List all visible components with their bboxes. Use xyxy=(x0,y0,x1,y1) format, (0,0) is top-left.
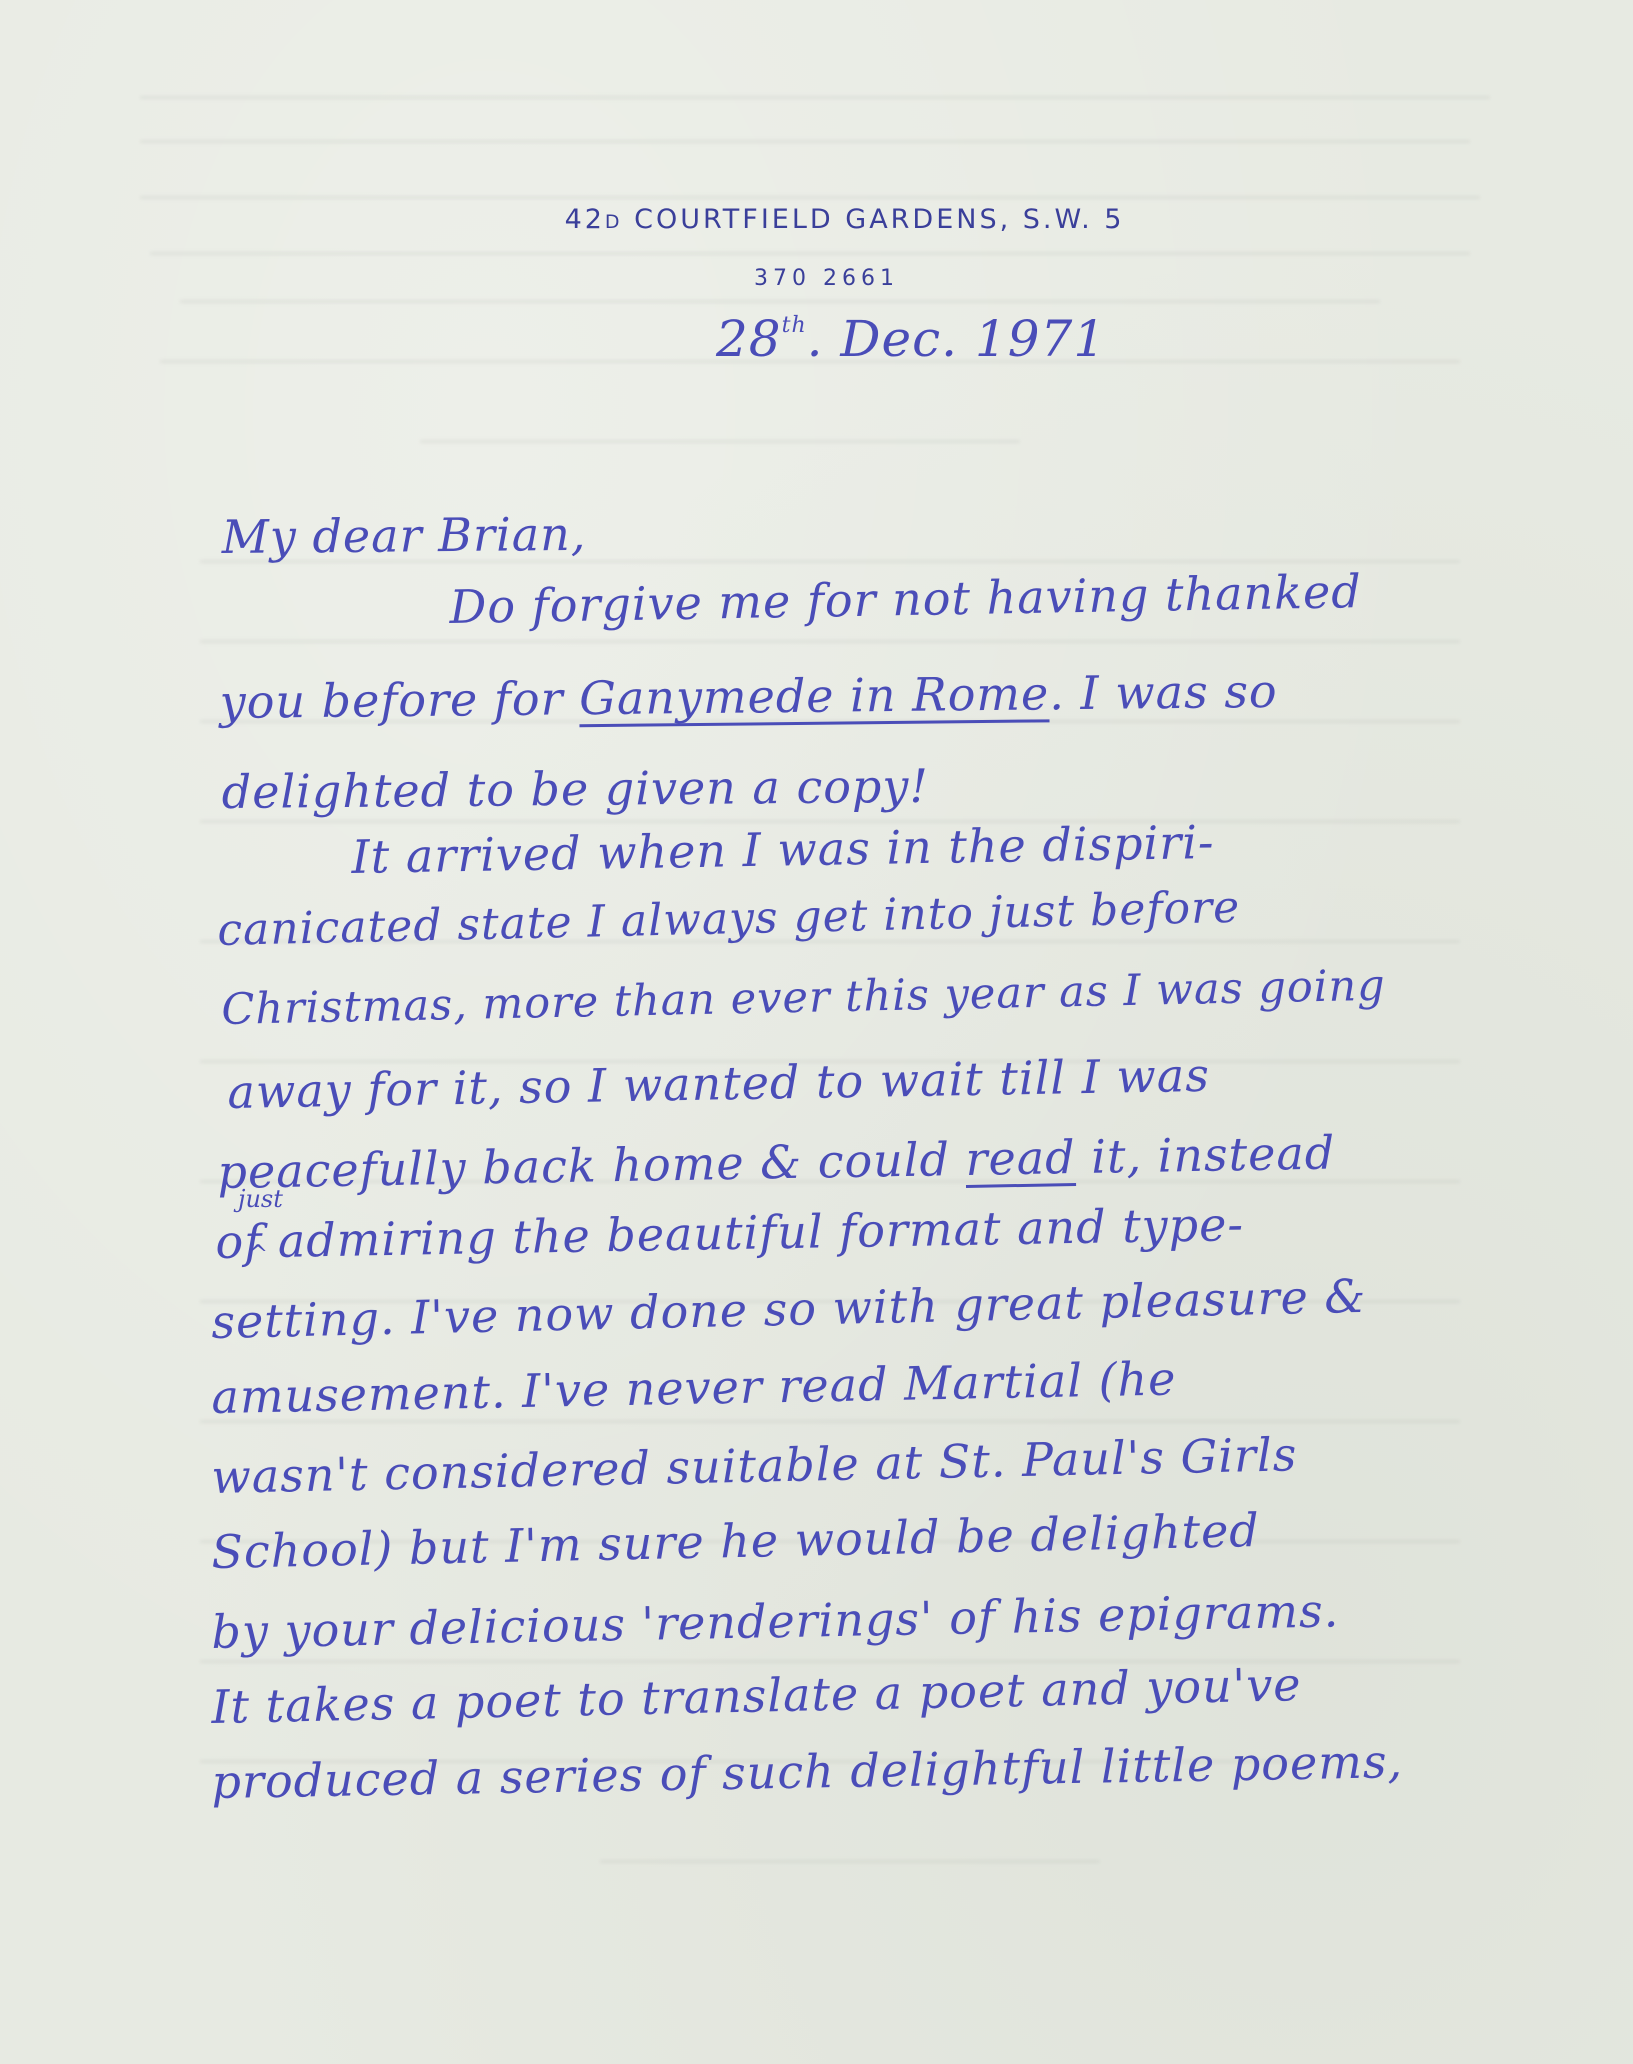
body-line-2-start: you before for xyxy=(219,671,579,729)
emphasized-read: read xyxy=(965,1130,1076,1186)
body-line-2-end: . I was so xyxy=(1049,664,1278,720)
handwritten-date: 28th. Dec. 1971 xyxy=(716,310,1106,368)
body-line-7: away for it, so I wanted to wait till I … xyxy=(227,1048,1210,1119)
letterhead-phone: 370 2661 xyxy=(0,266,1633,291)
address-number: 42 xyxy=(565,204,605,235)
address-suffix: D xyxy=(605,211,623,233)
body-line-5: canicated state I always get into just b… xyxy=(217,882,1241,956)
date-day: 28 xyxy=(716,310,782,368)
body-line-16: produced a series of such delightful lit… xyxy=(211,1734,1403,1809)
body-line-1: Do forgive me for not having thanked xyxy=(449,564,1362,634)
body-line-6: Christmas, more than ever this year as I… xyxy=(221,961,1386,1035)
address-street: COURTFIELD GARDENS, S.W. 5 xyxy=(623,204,1125,235)
body-line-3: delighted to be given a copy! xyxy=(222,759,930,819)
date-rest: . Dec. 1971 xyxy=(807,310,1107,368)
body-line-2: you before for Ganymede in Rome. I was s… xyxy=(219,664,1277,729)
salutation: My dear Brian, xyxy=(222,507,587,564)
date-day-suffix: th xyxy=(782,313,807,338)
body-line-11: amusement. I've never read Martial (he xyxy=(211,1351,1177,1424)
body-line-14: by your delicious 'renderings' of his ep… xyxy=(211,1583,1340,1659)
body-line-8-start: peacefully back home & could xyxy=(217,1132,966,1199)
body-line-15: It takes a poet to translate a poet and … xyxy=(211,1657,1302,1734)
letterhead-address: 42D COURTFIELD GARDENS, S.W. 5 xyxy=(0,204,1633,235)
book-title: Ganymede in Rome xyxy=(579,666,1050,725)
body-line-12: wasn't considered suitable at St. Paul's… xyxy=(211,1427,1298,1504)
body-line-8: peacefully back home & could read it, in… xyxy=(217,1126,1336,1200)
body-line-9: of admiring the beautiful format and typ… xyxy=(215,1197,1244,1269)
letter-paper: 42D COURTFIELD GARDENS, S.W. 5 370 2661 … xyxy=(0,0,1633,2064)
inserted-word-just: just xyxy=(238,1185,283,1213)
body-line-13: School) but I'm sure he would be delight… xyxy=(211,1503,1260,1579)
body-line-8-end: it, instead xyxy=(1075,1126,1335,1185)
body-line-10: setting. I've now done so with great ple… xyxy=(211,1269,1367,1349)
body-line-4: It arrived when I was in the dispiri- xyxy=(351,815,1215,884)
